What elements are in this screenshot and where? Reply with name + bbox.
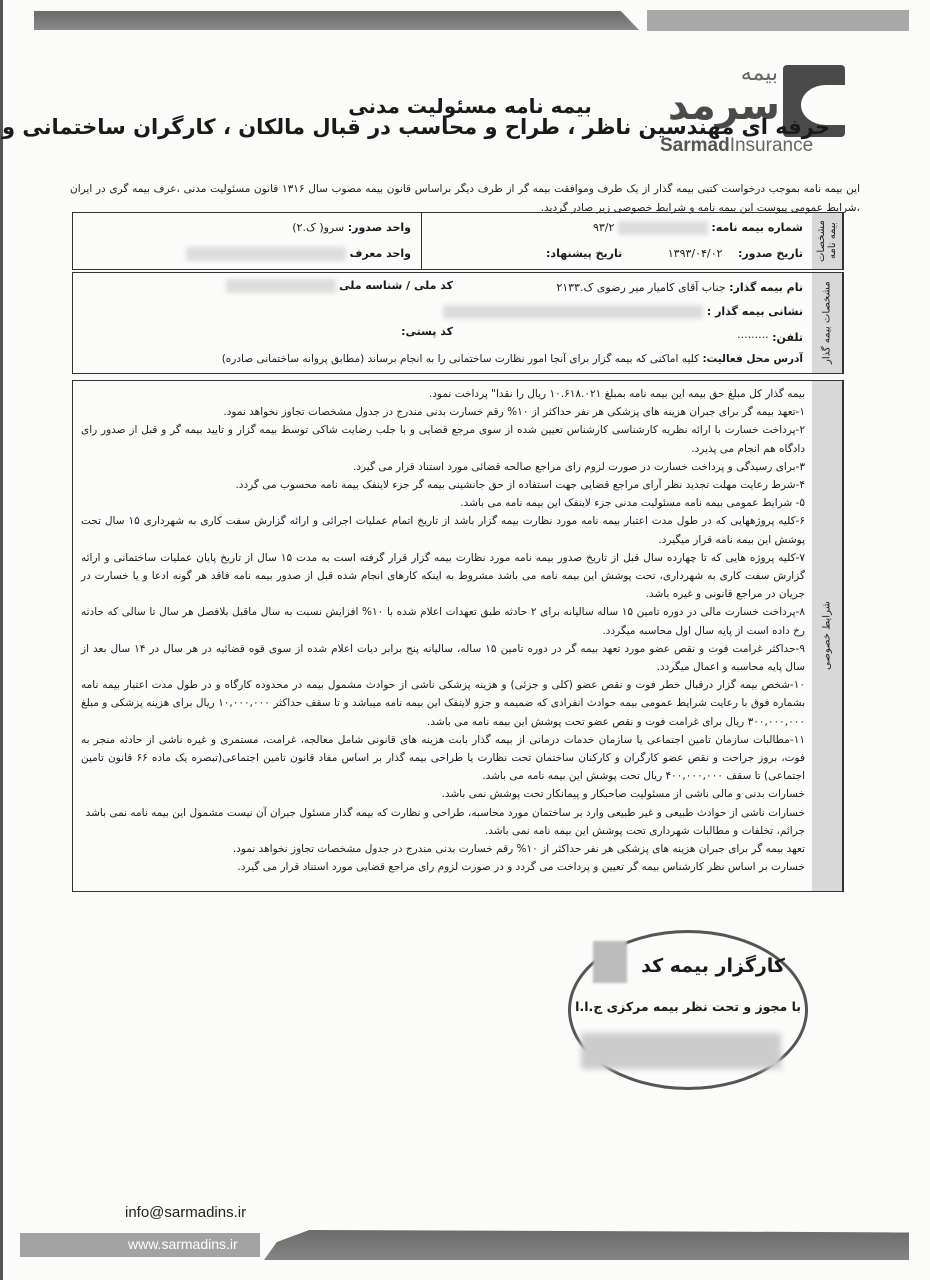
clause-9: ۹-حداکثر غرامت فوت و نقص عضو مورد تعهد ب… xyxy=(81,640,805,676)
conditions-list: بیمه گذار کل مبلغ حق بیمه این بیمه نامه … xyxy=(81,385,805,876)
broker-stamp: کارگزار بیمه کد با مجوز و تحت نظر بیمه م… xyxy=(568,930,808,1090)
column-divider xyxy=(421,213,422,269)
section-label-policy: مشخصات بیمه نامه xyxy=(812,213,843,269)
national-id-field: کد ملی / شناسه ملی xyxy=(226,279,453,293)
clause-10: ۱۰-شخص بیمه گزار درقبال خطر فوت و نقص عض… xyxy=(81,676,805,731)
activity-address-field: آدرس محل فعالیت: کلیه اماکنی که بیمه گزا… xyxy=(222,353,803,365)
exclusion-employer: خسارات بدنی و مالی ناشی از مسئولیت صاحبک… xyxy=(81,785,805,803)
document-subtitle: حرفه ای مهندسین ناظر ، طراح و محاسب در ق… xyxy=(70,115,830,139)
redacted-code xyxy=(593,941,627,983)
header-decorative-bar-right xyxy=(647,10,909,31)
phone-field: تلفن: ········· xyxy=(737,331,803,344)
policy-specs-section: مشخصات بیمه نامه شماره بیمه نامه: ۹۳/۲ ت… xyxy=(72,212,844,270)
postal-code-field: کد پستی: xyxy=(401,325,453,338)
clause-expert-assessment: خسارت بر اساس نظر کارشناس بیمه گر تعیین … xyxy=(81,858,805,876)
clause-2: ۲-پرداخت خسارت با ارائه نظریه کارشناسی ک… xyxy=(81,421,805,457)
header-decorative-bar xyxy=(34,11,639,30)
clause-5: ۵- شرایط عمومی بیمه نامه مسئولیت مدنی جز… xyxy=(81,494,805,512)
issue-date-field: تاریخ صدور: ۱۳۹۳/۰۴/۰۲ تاریخ پیشنهاد: xyxy=(546,247,803,260)
section-label-insured: مشخصات بیمه گذار xyxy=(812,273,843,373)
footer-website-link[interactable]: www.sarmadins.ir xyxy=(128,1236,238,1252)
exclusion-natural-events: خسارات ناشی از حوادث طبیعی و غیر طبیعی و… xyxy=(81,804,805,822)
clause-11: ۱۱-مطالبات سازمان تامین اجتماعی یا سازما… xyxy=(81,731,805,786)
stamp-line-1: کارگزار بیمه کد xyxy=(641,955,785,977)
clause-premium: بیمه گذار کل مبلغ حق بیمه این بیمه نامه … xyxy=(81,385,805,403)
footer-email-link[interactable]: info@sarmadins.ir xyxy=(125,1204,246,1221)
introducer-unit-field: واحد معرف xyxy=(186,247,411,261)
insured-address-field: نشانی بیمه گذار : xyxy=(443,305,803,319)
company-logo: بیمه سرمد SarmadInsurance xyxy=(670,55,850,165)
clause-3: ۳-برای رسیدگی و پرداخت خسارت در صورت لزو… xyxy=(81,458,805,476)
redacted-stamp-text xyxy=(581,1033,781,1069)
page-edge xyxy=(0,0,3,1280)
footer-decorative-bar xyxy=(264,1230,909,1260)
exclusion-fines: جرائم، تخلفات و مطالبات شهرداری تحت پوشش… xyxy=(81,822,805,840)
insured-specs-section: مشخصات بیمه گذار نام بیمه گذار: جناب آقا… xyxy=(72,272,844,374)
clause-7: ۷-کلیه پروژه هایی که تا چهارده سال قبل ا… xyxy=(81,549,805,604)
clause-4: ۴-شرط رعایت مهلت تجدید نظر آرای مراجع قض… xyxy=(81,476,805,494)
special-conditions-section: شرایط خصوصی بیمه گذار کل مبلغ حق بیمه ای… xyxy=(72,380,844,892)
insured-name-field: نام بیمه گذار: جناب آقای کامیار میر رضوی… xyxy=(556,281,803,294)
clause-8: ۸-پرداخت خسارت مالی در دوره تامین ۱۵ سال… xyxy=(81,603,805,639)
clause-1: ۱-تعهد بیمه گر برای جبران هزینه های پزشک… xyxy=(81,403,805,421)
clause-medical-cap: تعهد بیمه گر برای جبران هزینه های پزشکی … xyxy=(81,840,805,858)
issuing-unit-field: واحد صدور: سرو( ک.۲) xyxy=(292,221,411,234)
stamp-line-2: با مجوز و تحت نظر بیمه مرکزی ج.ا.ا xyxy=(575,999,801,1014)
clause-6: ۶-کلیه پروژههایی که در طول مدت اعتبار بی… xyxy=(81,512,805,548)
policy-number-field: شماره بیمه نامه: ۹۳/۲ xyxy=(593,221,803,235)
section-label-conditions: شرایط خصوصی xyxy=(812,381,843,891)
